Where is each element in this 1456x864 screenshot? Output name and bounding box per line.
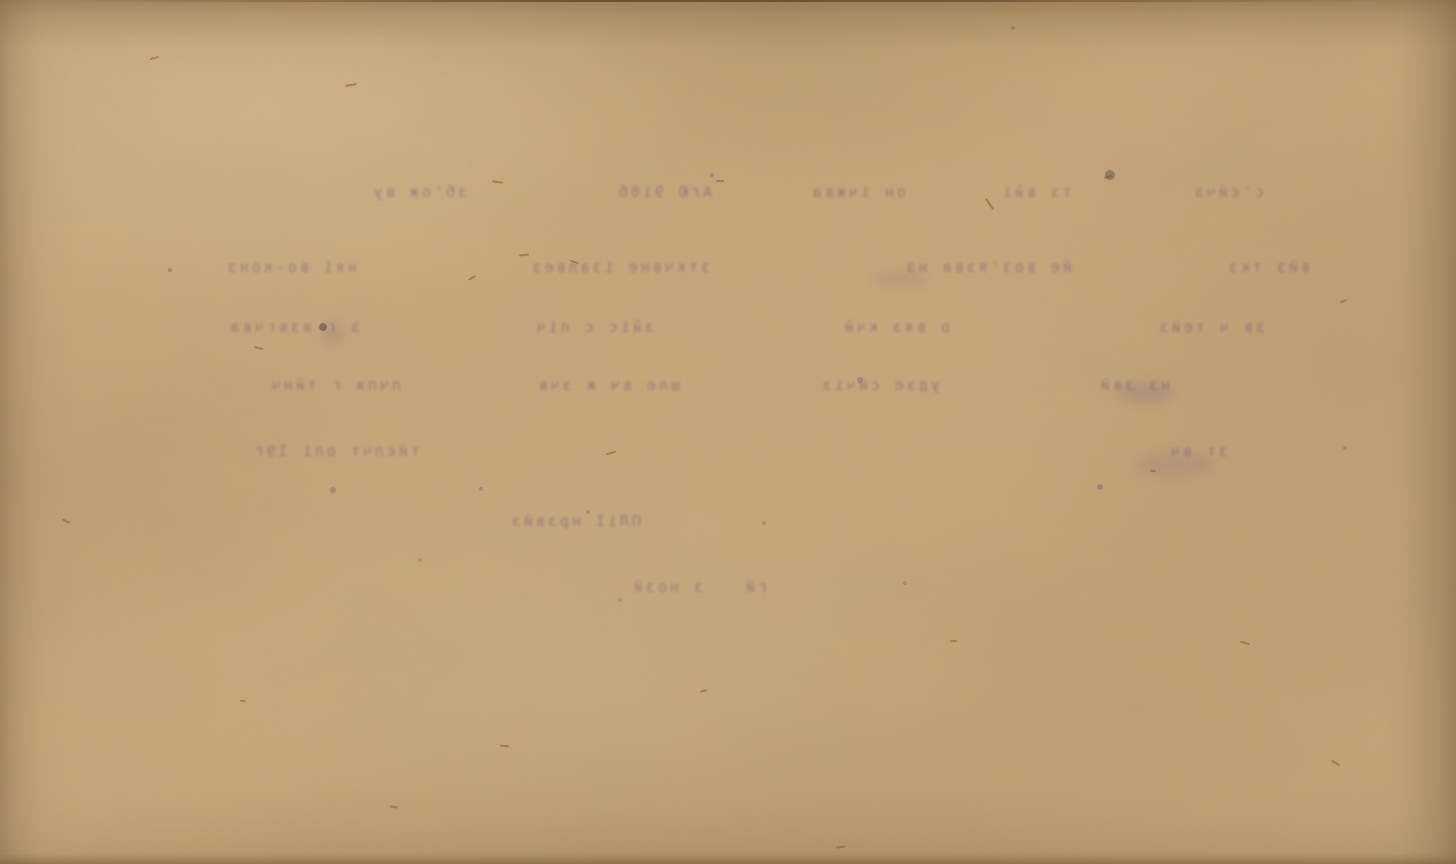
fiber-speck: [240, 700, 246, 703]
ink-smudge: [1135, 452, 1215, 477]
fiber-speck: [150, 56, 159, 60]
fiber-speck: [254, 346, 263, 350]
fiber-speck: [1340, 299, 1347, 303]
fiber-speck: [716, 180, 724, 182]
ink-dot: [903, 581, 907, 585]
ink-dot: [1105, 170, 1115, 180]
fiber-speck: [700, 689, 707, 692]
paper-scan: зб'ож вуАгЮ 9і0бон ічжватз вйіс'єйчзняі …: [0, 0, 1456, 864]
ink-dot: [1343, 446, 1347, 450]
fiber-speck: [570, 260, 579, 265]
ink-dot: [762, 521, 766, 525]
ink-smudge: [870, 270, 930, 288]
fiber-speck: [985, 198, 994, 210]
fiber-speck: [345, 83, 357, 87]
fiber-speck: [492, 180, 503, 184]
fiber-speck: [1240, 641, 1250, 646]
bottom-edge-shading: [0, 854, 1456, 864]
fiber-speck: [836, 845, 845, 848]
fiber-speck: [62, 518, 70, 523]
fiber-speck: [500, 745, 509, 748]
paper-marks-layer: [0, 0, 1456, 864]
ink-dot: [168, 268, 172, 272]
fiber-speck: [950, 640, 957, 643]
fiber-speck: [519, 254, 529, 257]
ink-dot: [618, 598, 622, 602]
ink-dot: [418, 558, 422, 562]
ink-dot: [710, 173, 714, 177]
ink-dot: [586, 510, 590, 514]
top-scan-edge: [0, 0, 1456, 2]
left-edge-shading: [0, 0, 40, 864]
fiber-speck: [390, 805, 398, 808]
top-edge-shading: [0, 0, 1456, 48]
ink-smudge: [320, 325, 346, 345]
right-edge-shading: [1400, 0, 1456, 864]
ink-smudge: [1118, 382, 1173, 404]
fiber-speck: [468, 275, 476, 281]
ink-dot: [1097, 484, 1103, 490]
fiber-speck: [606, 451, 616, 456]
ink-dot: [330, 487, 336, 493]
ink-dot: [479, 487, 483, 491]
ink-dot: [857, 377, 863, 383]
fiber-speck: [1331, 760, 1340, 766]
